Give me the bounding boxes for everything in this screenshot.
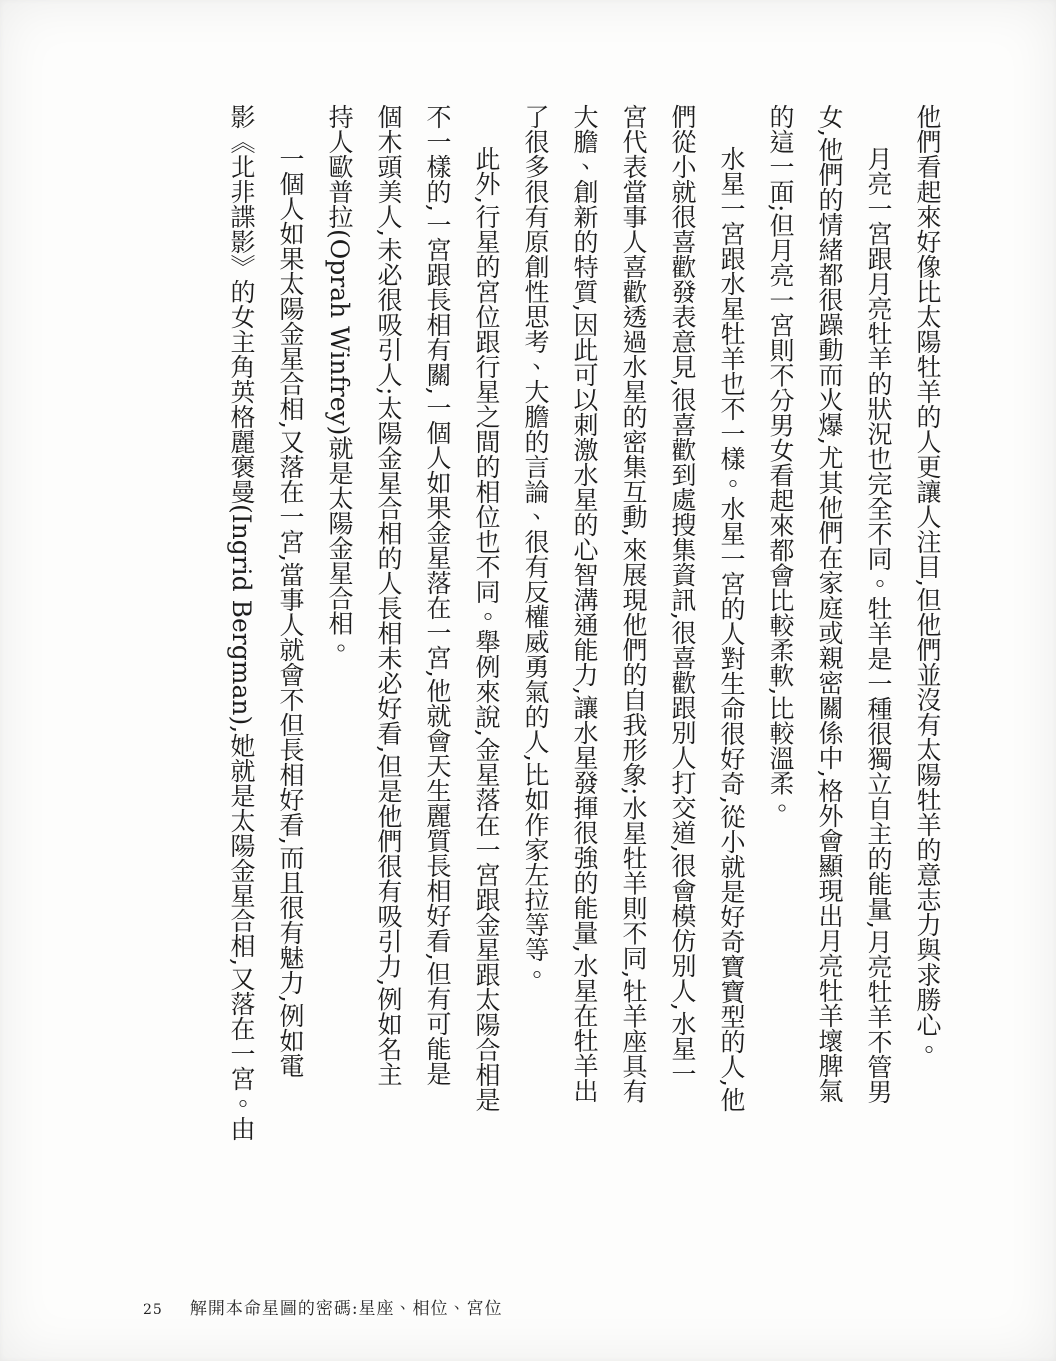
text-column: 持人歐普拉(Oprah Winfrey)就是太陽金星合相。 <box>315 104 364 1209</box>
book-page: 他們看起來好像比太陽牡羊的人更讓人注目,但他們並沒有太陽牡羊的意志力與求勝心。月… <box>0 0 1056 1361</box>
text-column: 大膽、創新的特質,因此可以刺激水星的心智溝通能力,讓水星發揮很強的能量,水星在牡… <box>560 104 609 1209</box>
vertical-text-block: 他們看起來好像比太陽牡羊的人更讓人注目,但他們並沒有太陽牡羊的意志力與求勝心。月… <box>217 104 952 1209</box>
text-column: 他們看起來好像比太陽牡羊的人更讓人注目,但他們並沒有太陽牡羊的意志力與求勝心。 <box>903 104 952 1209</box>
text-column: 宮代表當事人喜歡透過水星的密集互動,來展現他們的自我形象;水星牡羊則不同,牡羊座… <box>609 104 658 1209</box>
running-title: 解開本命星圖的密碼:星座、相位、宮位 <box>190 1294 503 1319</box>
text-column: 一個人如果太陽金星合相,又落在一宮,當事人就會不但長相好看,而且很有魅力,例如電 <box>266 104 315 1209</box>
text-column: 水星一宮跟水星牡羊也不一樣。水星一宮的人對生命很好奇,從小就是好奇寶寶型的人,他 <box>707 104 756 1209</box>
text-column: 月亮一宮跟月亮牡羊的狀況也完全不同。牡羊是一種很獨立自主的能量,月亮牡羊不管男 <box>854 104 903 1209</box>
text-column: 了很多很有原創性思考、大膽的言論、很有反權威勇氣的人,比如作家左拉等等。 <box>511 104 560 1209</box>
text-column: 的這一面;但月亮一宮則不分男女看起來都會比較柔軟,比較溫柔。 <box>756 104 805 1209</box>
page-footer: 25 解開本命星圖的密碼:星座、相位、宮位 <box>143 1294 503 1319</box>
text-column: 們從小就很喜歡發表意見,很喜歡到處搜集資訊,很喜歡跟別人打交道,很會模仿別人,水… <box>658 104 707 1209</box>
text-column: 此外,行星的宮位跟行星之間的相位也不同。舉例來說,金星落在一宮跟金星跟太陽合相是 <box>462 104 511 1209</box>
page-number: 25 <box>143 1302 163 1318</box>
text-column: 不一樣的,一宮跟長相有關,一個人如果金星落在一宮,他就會天生麗質長相好看,但有可… <box>413 104 462 1209</box>
text-column: 影《北非諜影》的女主角英格麗褒曼(Ingrid Bergman),她就是太陽金星… <box>217 104 266 1209</box>
text-column: 個木頭美人,未必很吸引人;太陽金星合相的人長相未必好看,但是他們很有吸引力,例如… <box>364 104 413 1209</box>
text-column: 女,他們的情緒都很躁動而火爆,尤其他們在家庭或親密關係中,格外會顯現出月亮牡羊壞… <box>805 104 854 1209</box>
